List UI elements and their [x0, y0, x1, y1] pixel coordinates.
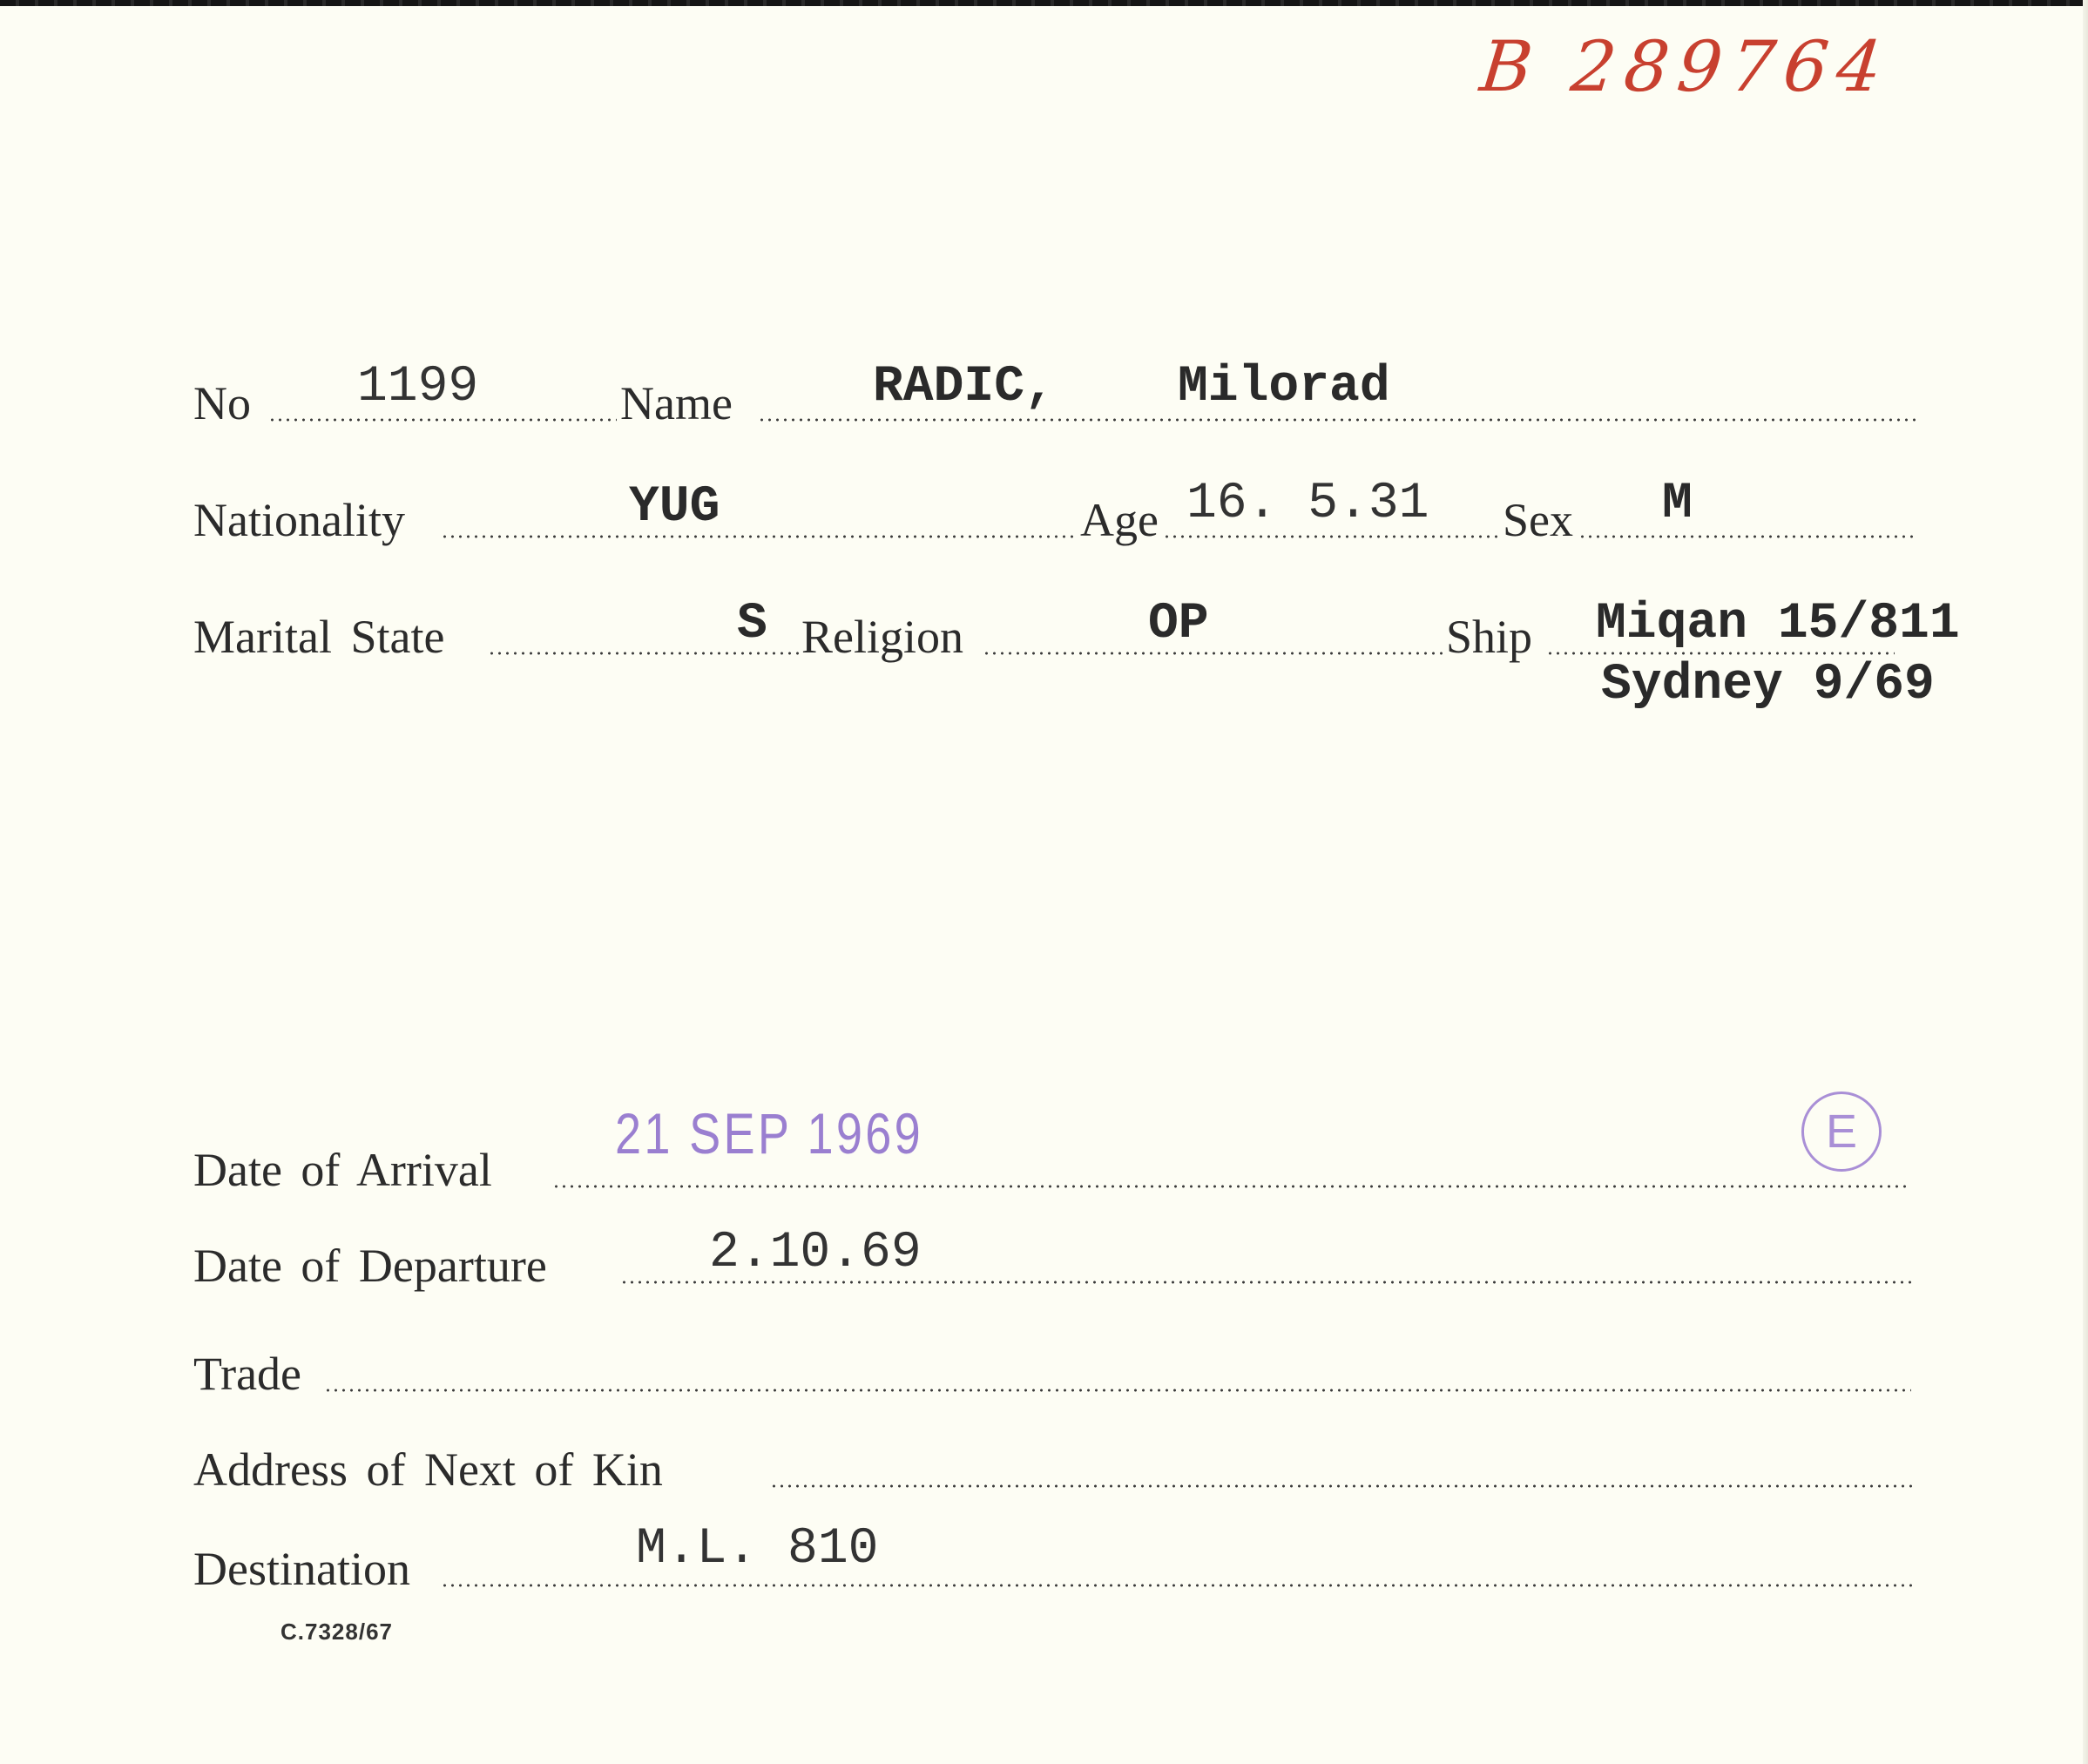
date-of-departure-label: Date of Departure [193, 1239, 547, 1293]
handwritten-reference-number: B 289764 [1476, 26, 1894, 107]
marital-state-value: S [737, 596, 767, 652]
name-label: Name [620, 376, 733, 430]
age-value: 16. 5.31 [1186, 476, 1429, 532]
date-of-departure-value: 2.10.69 [709, 1225, 922, 1281]
form-code: C.7328/67 [280, 1619, 393, 1646]
no-value: 1199 [357, 359, 478, 416]
trade-label: Trade [193, 1347, 301, 1401]
age-label: Age [1080, 493, 1159, 547]
ship-value-line1: Miqan 15/811 [1596, 596, 1960, 652]
no-label: No [193, 376, 251, 430]
destination-value: M.L. 810 [636, 1521, 878, 1578]
date-of-arrival-label: Date of Arrival [193, 1143, 492, 1197]
marital-state-label: Marital State [193, 610, 444, 664]
name-given-value: Milorad [1178, 359, 1390, 416]
address-next-of-kin-label: Address of Next of Kin [193, 1443, 663, 1497]
trade-dotted-line [324, 1389, 1911, 1392]
sex-dotted-line [1578, 535, 1918, 538]
date-of-arrival-dotted-line [552, 1185, 1908, 1188]
religion-dotted-line [983, 652, 1444, 655]
nationality-label: Nationality [193, 493, 405, 547]
circled-e-stamp-letter: E [1826, 1105, 1857, 1159]
no-dotted-line [268, 418, 617, 422]
ship-value-line2: Sydney 9/69 [1601, 657, 1935, 713]
religion-value: OP [1148, 596, 1209, 652]
age-dotted-line [1163, 535, 1503, 538]
address-next-of-kin-dotted-line [770, 1484, 1913, 1488]
destination-dotted-line [441, 1584, 1916, 1587]
religion-label: Religion [801, 610, 963, 664]
sex-label: Sex [1503, 493, 1573, 547]
nationality-dotted-line [441, 535, 1078, 538]
name-surname-value: RADIC, [873, 359, 1055, 416]
nationality-value: YUG [629, 479, 720, 536]
card-top-edge [0, 0, 2088, 6]
ship-label: Ship [1446, 610, 1532, 664]
circled-e-stamp: E [1801, 1092, 1882, 1172]
name-dotted-line [758, 418, 1916, 422]
arrival-date-stamp: 21 SEP 1969 [615, 1100, 923, 1166]
immigration-record-card: B 289764 No 1199 Name RADIC, Milorad Nat… [0, 0, 2088, 1764]
destination-label: Destination [193, 1542, 410, 1596]
card-right-edge [2083, 0, 2088, 1764]
sex-value: M [1662, 476, 1693, 532]
